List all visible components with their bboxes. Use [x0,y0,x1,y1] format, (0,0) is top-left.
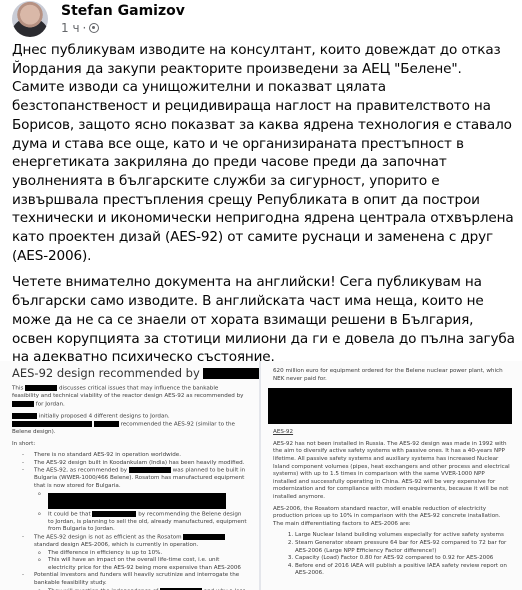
redaction-block [268,388,512,424]
doc-text: The AES-92 design is not as efficient as… [34,534,182,540]
redaction-bar [12,401,34,407]
document-image-left[interactable]: AES-92 design recommended by for Jordan … [0,361,259,590]
doc-bullet: There is no standard AES-92 in operation… [34,452,247,460]
redaction-bar [12,421,92,427]
doc-sub-bullet: The difference in efficiency is up to 10… [48,550,247,558]
doc-text: for Jordan. [36,401,65,407]
post-header: Stefan Gamizov 1 ч · [12,2,185,36]
doc-bullet-list: There is no standard AES-92 in operation… [12,452,247,590]
redaction-bar [94,421,119,427]
doc-sub-list: It could be that by recommending the Bel… [34,491,247,534]
doc-sub-bullet: It could be that by recommending the Bel… [48,511,247,534]
doc-sub-bullet [48,491,247,511]
doc-text: AES-2006, the Rosatom standard reactor, … [273,506,510,529]
doc-text: standard design AES-2006, which is curre… [34,542,198,548]
doc-numbered-list: Large Nuclear Island building volumes es… [273,532,510,578]
post-paragraph: Четете внимателно документа на английски… [12,273,517,367]
doc-bullet: The AES-92 design is not as efficient as… [34,534,247,572]
redaction-bar [48,493,226,509]
doc-body: This discusses critical issues that may … [12,385,247,590]
doc-text: Potential investors and funders will hea… [34,572,239,586]
redaction-bar [25,385,57,391]
post-images: AES-92 design recommended by for Jordan … [0,361,522,590]
doc-list-item: Capacity (Load) Factor 0.80 for AES-92 c… [295,555,510,563]
doc-sub-list: The difference in efficiency is up to 10… [34,550,247,573]
doc-bullet: The AES-92, as recommended by was planne… [34,467,247,534]
doc-bullet: Potential investors and funders will hea… [34,572,247,590]
separator: · [83,20,87,36]
doc-bullet: The AES-92 design built in Koodankulam (… [34,460,247,468]
doc-body: AES-92 AES-92 has not been installed in … [273,429,510,578]
doc-title: AES-92 design recommended by for Jordan [12,366,259,380]
doc-text: It could be that [48,511,91,517]
doc-text: 620 million euro for equipment ordered f… [273,368,510,383]
doc-heading: AES-92 [273,429,510,437]
doc-text: This [12,386,23,392]
doc-text: In short: [12,441,247,449]
post-meta: Stefan Gamizov 1 ч · [61,3,185,36]
document-image-right[interactable]: 620 million euro for equipment ordered f… [261,361,522,590]
post-paragraph: Днес публикувам изводите на консултант, … [12,41,517,265]
avatar[interactable] [12,1,48,37]
author-name[interactable]: Stefan Gamizov [61,3,185,20]
doc-body: 620 million euro for equipment ordered f… [273,368,510,383]
doc-title-text: AES-92 design recommended by [12,366,200,380]
redaction-bar [203,368,259,379]
redaction-bar [129,467,171,473]
doc-text: initially proposed 4 different designs t… [39,413,170,419]
redaction-bar [183,534,225,540]
doc-text: The AES-92, as recommended by [34,468,127,474]
post-timestamp-row: 1 ч · [61,20,185,36]
redaction-bar [92,511,136,517]
doc-text: AES-92 has not been installed in Russia.… [273,441,510,502]
globe-icon[interactable] [89,23,99,33]
doc-list-item: Before end of 2016 IAEA will publish a p… [295,563,510,578]
doc-list-item: Steam Generator steam pressure 64 bar fo… [295,540,510,555]
doc-sub-bullet: This will have an impact on the overall … [48,557,247,572]
post-time[interactable]: 1 ч [61,20,80,36]
redaction-bar [12,413,37,419]
doc-list-item: Large Nuclear Island building volumes es… [295,532,510,540]
